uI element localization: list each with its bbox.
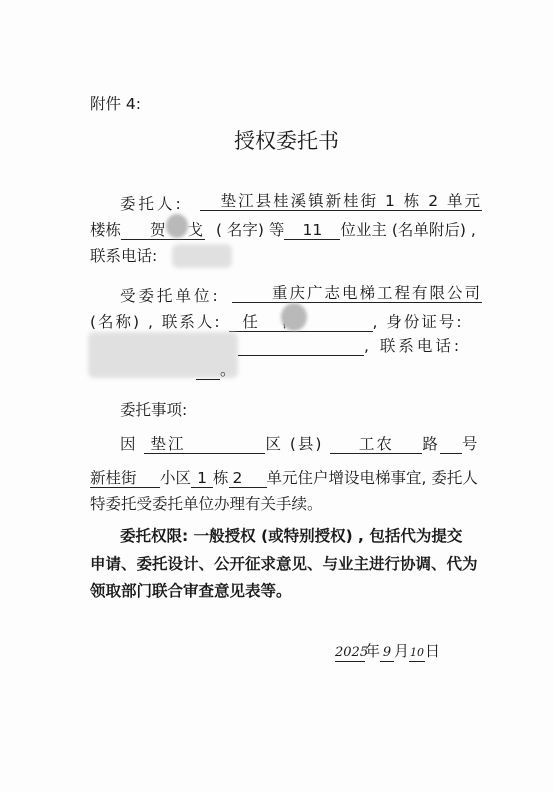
matters-line1: 因 垫江区 (县) 工农路 号: [120, 432, 479, 454]
id-number-blank: [238, 338, 364, 356]
matters-line3: 特委托受委托单位办理有关手续。: [90, 492, 323, 514]
signature-date: 2025年9月10日: [335, 640, 440, 662]
district-field: 垫江: [144, 436, 265, 454]
community-field: 新桂街: [90, 470, 160, 488]
contact-start: 任: [243, 313, 261, 331]
agent-line2: (名称) , 联系人: 任海, 身份证号:: [90, 310, 464, 332]
agent-company: 重庆广志电梯工程有限公司: [232, 285, 482, 303]
scope-line1: 委托权限: 一般授权 (或特别授权) , 包括代为提交: [120, 524, 462, 546]
principal-name-field: 贺戈: [121, 222, 205, 240]
road-suffix: 路: [422, 435, 440, 453]
agent-name-hint: (名称) , 联系人:: [90, 313, 222, 331]
redaction-contact: [281, 303, 307, 331]
attachment-label: 附件 4:: [90, 92, 141, 114]
matters-label: 委托事项:: [120, 398, 187, 420]
id-label: , 身份证号:: [373, 313, 464, 331]
document-title: 授权委托书: [234, 125, 339, 155]
principal-phone-label: 联系电话:: [90, 244, 157, 266]
district-suffix: 区 (县): [265, 435, 323, 453]
unit-suffix: 单元住户增设电梯事宜, 委托人: [267, 469, 478, 487]
matters-prefix: 因: [120, 435, 138, 453]
community-suffix: 小区: [160, 469, 191, 487]
agent-phone-end: 。: [196, 358, 236, 380]
agent-phone-label: , 联系电话:: [364, 337, 462, 355]
redaction-name: [166, 214, 188, 238]
matters-line2: 新桂街小区1栋2单元住户增设电梯事宜, 委托人: [90, 466, 478, 488]
date-month: 9: [380, 644, 394, 662]
date-day: 10: [409, 644, 425, 662]
owner-count-suffix: 位业主 (名单附后) ,: [340, 221, 475, 239]
number-field: [440, 436, 462, 454]
scope-line2: 申请、委托设计、公开征求意见、与业主进行协调、代为: [90, 552, 478, 574]
building-suffix: 栋: [213, 469, 229, 487]
name-hint: ( 名字) 等: [216, 221, 284, 239]
date-year: 2025: [335, 644, 365, 662]
year-label: 年: [365, 642, 380, 660]
owner-count: 11: [284, 222, 340, 240]
building-field: 1: [191, 470, 213, 488]
agent-phone-blank: [196, 362, 220, 380]
principal-address: 垫江县桂溪镇新桂街 1 栋 2 单元: [200, 193, 482, 211]
day-label: 日: [425, 642, 440, 660]
principal-name-start: 贺: [150, 221, 166, 239]
principal-address-field: 垫江县桂溪镇新桂街 1 栋 2 单元: [200, 192, 482, 211]
agent-company-field: 重庆广志电梯工程有限公司: [232, 284, 482, 303]
number-suffix: 号: [462, 435, 480, 453]
end-mark: 。: [220, 361, 236, 379]
authorization-letter-page: 附件 4: 授权委托书 委托人: 垫江县桂溪镇新桂街 1 栋 2 单元 楼栋贺戈…: [0, 0, 553, 792]
agent-label: 受委托单位:: [120, 284, 221, 306]
principal-name-end: 戈: [188, 221, 204, 239]
unit-field: 2: [229, 470, 267, 488]
month-label: 月: [394, 642, 409, 660]
building-prefix: 楼栋: [90, 221, 121, 239]
scope-line3: 领取部门联合审查意见表等。: [90, 579, 292, 601]
road-field: 工农: [330, 436, 422, 454]
redaction-principal-phone: [172, 244, 232, 268]
principal-line2: 楼栋贺戈 ( 名字) 等11位业主 (名单附后) ,: [90, 218, 476, 240]
principal-label: 委托人:: [120, 192, 184, 214]
agent-line3: , 联系电话:: [238, 334, 462, 356]
